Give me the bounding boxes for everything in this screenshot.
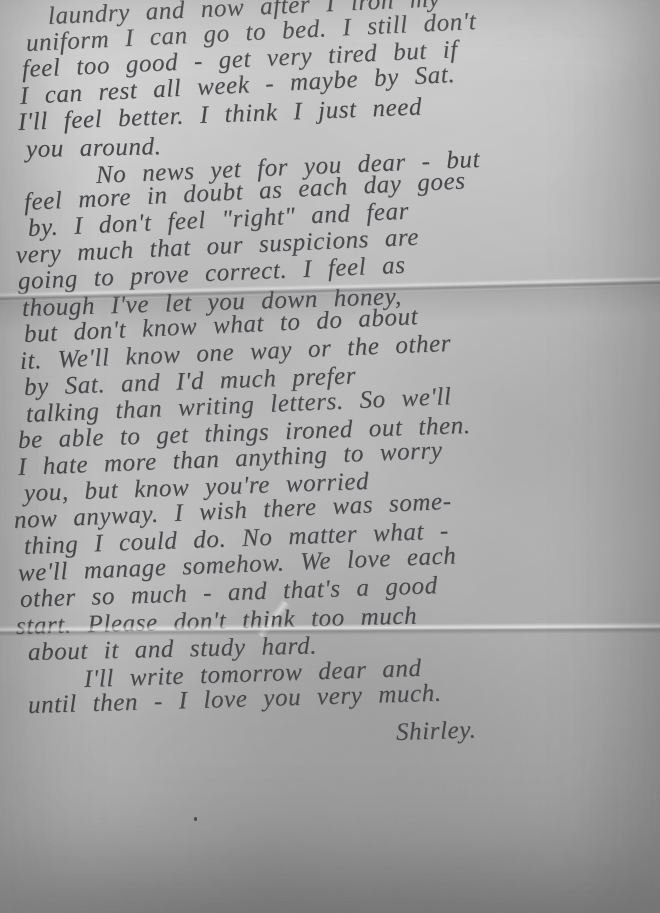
signature: Shirley. [396,711,660,746]
letter-photo: laundry and now after I iron my uniform … [0,0,660,913]
ink-dot [194,817,197,821]
